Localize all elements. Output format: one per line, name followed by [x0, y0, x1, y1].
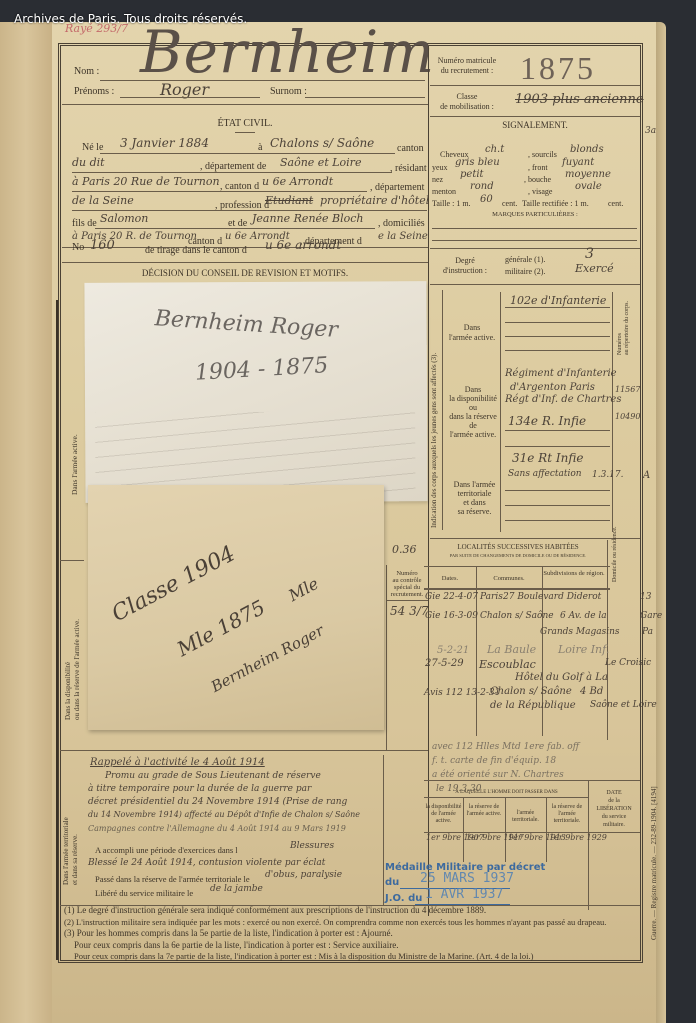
a-label: à [258, 142, 262, 153]
departement-label: , département de [200, 161, 266, 172]
taille-unit: cent. [502, 199, 517, 208]
footnote-1: (1) Le degré d'instruction générale sera… [64, 905, 639, 917]
side-label-active: Dans l'armée active. [70, 434, 79, 495]
row-date: Gie 16-3-09 [425, 611, 478, 621]
front-value: fuyant [562, 157, 594, 168]
domicilies-label: , domiciliés [378, 218, 425, 229]
row-detail: Hôtel du Golf à La [515, 672, 608, 683]
no-label: No [72, 242, 84, 253]
instruction-label-1: Degré [435, 256, 495, 266]
copyright-watermark: Archives de Paris. Tous droits réservés. [14, 12, 247, 26]
side-label-dispo-1: Dans la disponibilité [64, 619, 73, 720]
row-detail: de la République [490, 700, 576, 711]
row-extra: Saône et Loire [590, 700, 657, 710]
nez-value: petit [460, 169, 484, 180]
decision-title: DÉCISION DU CONSEIL DE REVISION ET MOTIF… [62, 268, 428, 278]
profession-struck: Etudiant [265, 194, 313, 207]
row-date: 27-5-29 [425, 658, 464, 669]
residence-value: à Paris 20 Rue de Tournon [72, 175, 220, 188]
front-label: , front [528, 163, 548, 172]
row-extra: Le Croisic [605, 658, 651, 668]
canton-label: canton [397, 143, 424, 154]
menton-value: rond [470, 181, 494, 192]
departement2-label: , département [370, 182, 424, 193]
nez-label: nez [432, 175, 443, 184]
cheveux-value: ch.t [485, 144, 504, 155]
yeux-value: gris bleu [455, 157, 500, 168]
row-date: Gie 22-4-07 [425, 592, 478, 602]
nom-label: Nom : [74, 66, 99, 77]
row-detail: 27 Boulevard Diderot [503, 592, 601, 602]
taille-rect-label: Taille rectifiée : 1 m. [522, 199, 589, 208]
slip1-bleedthrough [95, 411, 415, 493]
row-detail: Loire Inf. [558, 643, 609, 656]
terr-value-1: 31e Rt Infie [512, 451, 583, 465]
row-commune: Paris [480, 592, 503, 602]
dispo-num-1: 11567 [615, 385, 640, 394]
active-label-1: Dans [447, 323, 497, 333]
footnote-5: Pour ceux compris dans la 7e partie de l… [64, 951, 639, 963]
tirage-canton: u 6e arrondt [265, 238, 341, 252]
mother-name: Jeanne Renée Bloch [252, 212, 364, 225]
stamp-du-date: 25 MARS 1937 [420, 871, 514, 886]
row-extra: Pa [642, 627, 653, 637]
attached-slip-tissue: Bernheim Roger 1904 - 1875 [84, 281, 427, 503]
numero-label-2: du recrutement : [432, 66, 502, 76]
etat-civil-title: ÉTAT CIVIL. [62, 118, 428, 129]
visage-label: , visage [528, 187, 552, 196]
fils-label: fils de [72, 218, 97, 229]
services-line-2: Promu au grade de Sous Lieutenant de rés… [105, 771, 321, 781]
canton-value: du dit [72, 156, 105, 169]
yeux-label: yeux [432, 163, 448, 172]
canton2-value: u 6e Arrondt [262, 175, 333, 188]
row-detail: 6 Av. de la [560, 611, 607, 621]
dispo-value-4: 134e R. Infie [508, 414, 586, 428]
sourcils-value: blonds [570, 144, 604, 155]
services-line-3: à titre temporaire pour la durée de la g… [88, 784, 311, 794]
terr-date: 1.3.17. [592, 470, 624, 480]
dispo-label-5: de [447, 421, 499, 430]
departement-value: Saône et Loire [280, 156, 361, 169]
slip1-name: Bernheim Roger [154, 306, 339, 343]
menton-label: menton [432, 187, 456, 196]
terr-label-4: sa réserve. [447, 507, 502, 516]
birth-place: Chalons s/ Saône [270, 136, 374, 150]
classe-label-1: Classe [432, 92, 502, 102]
row-date: 5-2-21 [437, 645, 469, 656]
numero-label-1: Numéro matricule [432, 56, 502, 66]
row-extra: 13 [640, 592, 651, 602]
row-detail: 4 Bd [580, 686, 603, 697]
dispo-value-1: Régiment d'Infanterie [505, 368, 617, 379]
terr-mark: A [643, 470, 650, 481]
passage-col-4: la réserve de l'armée territoriale. [546, 804, 588, 825]
passage-date-4: 1er 9bre 1929 [549, 833, 607, 842]
active-regiment: 102e d'Infanterie [510, 294, 606, 307]
services-line-4: décret présidentiel du 24 Novembre 1914 … [88, 797, 347, 807]
liberation-header-5: militaire. [590, 821, 638, 829]
tirage-number: 160 [90, 238, 115, 253]
periode-label: A accompli une période d'exercices dans … [95, 845, 238, 855]
libere-label: Libéré du service militaire le [95, 888, 193, 898]
classe-mobilisation-value: 1903 plus ancienne [515, 92, 644, 107]
terr-label-2: territoriale [447, 489, 502, 498]
liberation-header-1: DATE [590, 789, 638, 797]
departement2-value: de la Seine [72, 194, 134, 207]
terr-value-2: Sans affectation [508, 469, 582, 479]
localites-note-3: a été orienté sur N. Chartres [432, 770, 564, 780]
corps-right-label-1: Numéros [617, 301, 624, 355]
taille-value: 60 [480, 194, 493, 205]
corps-side-label: Indication des corps auxquels les jeunes… [430, 353, 438, 528]
periode-value: Blessures [290, 841, 334, 851]
row-commune: Chalon s/ Saône [490, 686, 572, 697]
side-label-terr-1: Dans l'armée territoriale [62, 817, 71, 885]
col-communes: Communes. [476, 575, 542, 582]
prenoms-label: Prénoms : [74, 86, 114, 97]
localites-title: LOCALITÉS SUCCESSIVES HABITÉES [428, 543, 608, 551]
birth-date: 3 Janvier 1884 [120, 136, 209, 150]
ne-le-label: Né le [82, 142, 103, 153]
row-detail: Grands Magasins [540, 627, 620, 637]
services-line-1: Rappelé à l'activité le 4 Août 1914 [90, 757, 265, 768]
dispo-label-6: l'armée active. [447, 430, 499, 439]
localites-right-header: Domicile ou résidence. [612, 527, 618, 582]
generale-value: 3 [585, 246, 594, 262]
localites-subtitle: PAR SUITE DE CHANGEMENTS DE DOMICILE OU … [428, 553, 608, 558]
services-line-6: Campagnes contre l'Allemagne du 4 Août 1… [88, 824, 346, 833]
localites-note-2: f. t. carte de fin d'équip. 18 [432, 756, 556, 766]
dispo-num-2: 10490 [615, 412, 640, 421]
departement3-value: e la Seine [378, 231, 428, 242]
row-commune: La Baule [487, 643, 536, 656]
attached-slip-kraft: Classe 1904 Mle 1875 Mle Bernheim Roger [88, 485, 384, 730]
residant-label: , résidant [390, 163, 427, 174]
col-dates: Dates. [424, 575, 476, 582]
controle-value: 54 3/7 [390, 604, 428, 618]
margin-print: Guerre. — Registre matricule. — 232-89-1… [650, 786, 658, 940]
classe-label-2: de mobilisation : [432, 102, 502, 112]
taille-label: Taille : 1 m. [432, 199, 471, 208]
terr-label-1: Dans l'armée [447, 480, 502, 489]
liberation-header-2: de la [590, 797, 638, 805]
slip2-mle: Mle 1875 [173, 595, 269, 661]
bouche-label: , bouche [524, 175, 551, 184]
controle-header-4: recrutement. [387, 591, 427, 598]
row-commune: Escoublac [479, 658, 536, 671]
militaire-value: Exercé [575, 262, 614, 275]
sourcils-label: , sourcils [528, 150, 557, 159]
surname-large: Bernheim [140, 18, 435, 86]
generale-label: générale (1). [505, 255, 545, 264]
liberation-header-3: LIBÉRATION [590, 805, 638, 813]
dispo-value-3: Régt d'Inf. de Chartres [505, 394, 621, 405]
taille-rect-unit: cent. [608, 199, 623, 208]
passage-col-3: l'armée territoriale. [505, 810, 546, 824]
liberation-header-4: du service [590, 813, 638, 821]
margin-note: 3a [645, 126, 656, 136]
passage-col-2: la réserve de l'armée active. [463, 804, 505, 818]
slip1-numbers: 1904 - 1875 [194, 353, 329, 386]
dispo-label-4: dans la réserve [447, 412, 499, 421]
surnom-label: Surnom : [270, 86, 307, 97]
dispo-label-2: la disponibilité [447, 394, 499, 403]
marques-title: MARQUES PARTICULIÈRES : [430, 211, 640, 218]
dispo-label-1: Dans [447, 385, 499, 394]
instruction-label-2: d'instruction : [435, 266, 495, 276]
profession-value: propriétaire d'hôtel [320, 194, 429, 207]
col-subdivisions: Subdivisions de région. [542, 570, 606, 577]
controle-header-1: Numéro [387, 570, 427, 577]
dispo-value-2: d'Argenton Paris [510, 382, 595, 393]
side-label-terr-2: et dans sa réserve. [71, 817, 80, 885]
stamp-jo-date: 1 AVR 1937 [425, 887, 503, 902]
row-extra: Gare [640, 611, 662, 621]
localites-note-1: avec 112 Hlles Mtd 1ere fab. off [432, 742, 579, 752]
reserve-value: d'obus, paralysie [265, 870, 342, 880]
row-commune: Chalon s/ Saône [480, 611, 554, 621]
passage-col-1: la disponibilité de l'armée active. [424, 804, 463, 825]
controle-partial-value: 0.36 [392, 543, 417, 556]
libere-value: de la jambe [210, 884, 263, 894]
footnote-3: (3) Pour les hommes compris dans la 5e p… [64, 928, 639, 940]
tirage-label: de tirage dans le canton d [145, 245, 247, 256]
visage-value: ovale [575, 181, 602, 192]
reserve-label: Passé dans la réserve de l'armée territo… [95, 874, 250, 884]
matricule-number: 1875 [520, 50, 596, 87]
militaire-label: militaire (2). [505, 267, 545, 276]
passage-subtitle: À LAQUELLE L'HOMME DOIT PASSER DANS [424, 790, 589, 795]
footnotes: (1) Le degré d'instruction générale sera… [64, 905, 639, 963]
dispo-label-3: ou [447, 403, 499, 412]
footnote-4: Pour ceux compris dans la 6e partie de l… [64, 940, 639, 952]
father-name: Salomon [100, 212, 148, 225]
page-binding [0, 22, 52, 1023]
stamp-jo-label: J.O. du [385, 893, 422, 904]
slip2-mle-sup: Mle [285, 574, 321, 605]
active-label-2: l'armée active. [447, 333, 497, 343]
blesse-value: Blessé le 24 Août 1914, contusion violen… [88, 858, 325, 868]
corps-right-label-2: au répertoire du corps. [624, 301, 631, 355]
signalement-title: SIGNALEMENT. [430, 120, 640, 130]
footnote-2: (2) L'instruction militaire sera indiqué… [64, 917, 639, 929]
bouche-value: moyenne [565, 169, 611, 180]
stamp-du-label: du [385, 877, 399, 888]
row-date: Avis 112 13-2-31 [424, 688, 500, 698]
services-line-5: du 14 Novembre 1914) affecté au Dépôt d'… [88, 810, 360, 819]
terr-label-3: et dans [447, 498, 502, 507]
controle-header-2: au contrôle [387, 577, 427, 584]
side-label-dispo-2: ou dans la réserve de l'armée active. [73, 619, 82, 720]
controle-header-3: spécial du [387, 584, 427, 591]
